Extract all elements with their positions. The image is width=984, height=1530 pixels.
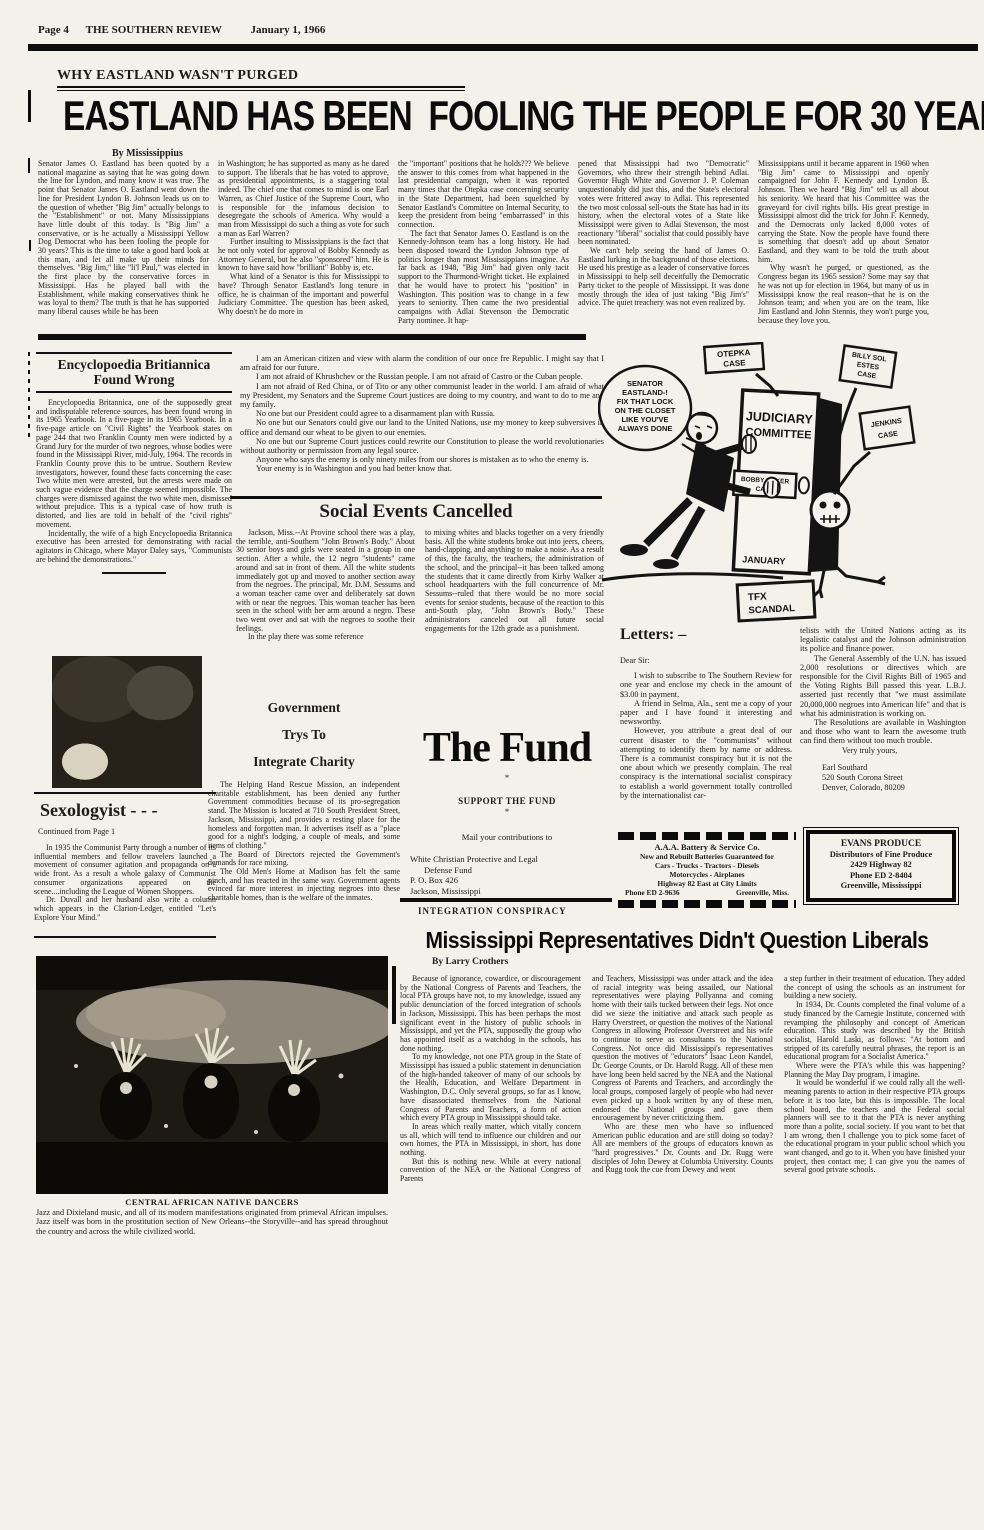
section-title: Encyclopoedia Britiannica Found Wrong (36, 352, 232, 393)
article-column: in Washington; he has supported as many … (218, 160, 389, 338)
sign-billy-sol: BILLY SOL ESTES CASE (840, 346, 896, 388)
bubble-line: SENATOR (627, 379, 664, 388)
ad-body: A.A.A. Battery & Service Co. New and Reb… (618, 840, 796, 900)
paragraph: What kind of a Senator is this for Missi… (218, 273, 389, 317)
scan-artifact (28, 90, 31, 122)
ad-city: Greenville, Miss. (736, 888, 789, 897)
org-line: Defense Fund (410, 865, 612, 876)
signature-address: Denver, Colorado, 80209 (800, 783, 966, 793)
kicker-rule (57, 86, 465, 88)
bubble-line: ALWAYS DONE (618, 424, 673, 433)
paragraph: and Teachers, Mississippi was under atta… (592, 975, 773, 1123)
ad-line: New and Rebuilt Batteries Guaranteed for (620, 852, 794, 861)
man-shoe (620, 544, 648, 556)
sign-tfx: TFX SCANDAL (737, 581, 815, 621)
letter-column: telists with the United Nations acting a… (800, 626, 966, 793)
org-line: P. O. Box 426 (410, 875, 612, 886)
page-number: Page 4 (38, 24, 69, 36)
ad-name: EVANS PRODUCE (812, 839, 950, 850)
title-line: Trys To (208, 727, 400, 743)
paragraph: a step further in their treatment of edu… (784, 975, 965, 1001)
cartoon-art: SENATOR EASTLAND-! FIX THAT LOCK ON THE … (599, 343, 914, 621)
sign-otepka: OTEPKA CASE (704, 343, 764, 373)
salutation: Dear Sir: (620, 656, 792, 665)
britannica-section: Encyclopoedia Britiannica Found Wrong En… (36, 352, 232, 574)
section-body: Encyclopoedia Britannica, one of the sup… (36, 399, 232, 564)
bubble-line: ON THE CLOSET (615, 406, 676, 415)
paragraph: to mixing whites and blacks together on … (425, 529, 604, 633)
paragraph: In the play there was some reference (236, 633, 415, 642)
editorial-cartoon: SENATOR EASTLAND-! FIX THAT LOCK ON THE … (598, 342, 966, 634)
title-line: Found Wrong (36, 372, 232, 387)
photo-native-dancers (36, 956, 388, 1194)
article-column: to mixing whites and blacks together on … (425, 529, 604, 642)
photo-caption-title: CENTRAL AFRICAN NATIVE DANCERS (36, 1197, 388, 1207)
masthead-rule (28, 44, 978, 51)
paragraph: In areas which really matter, which vita… (400, 1123, 581, 1158)
pta-headline: Mississippi Representatives Didn't Quest… (388, 928, 966, 955)
title-line: Integrate Charity (208, 754, 400, 770)
end-rule (102, 572, 166, 574)
ad-name: A.A.A. Battery & Service Co. (620, 843, 794, 852)
paragraph: Jackson, Miss.--At Provine school there … (236, 529, 415, 633)
bubble-line: EASTLAND-! (622, 388, 668, 397)
integration-conspiracy-label: INTEGRATION CONSPIRACY (418, 906, 567, 916)
scan-artifact (28, 352, 30, 442)
paragraph: To my knowledge, not one PTA group in th… (400, 1053, 581, 1123)
masthead: Page 4 THE SOUTHERN REVIEW January 1, 19… (38, 24, 325, 36)
pta-byline: By Larry Crothers (432, 957, 508, 967)
title-line: Government (208, 700, 400, 716)
man-hand (742, 435, 756, 453)
ad-line: Motorcycles - Airplanes (620, 870, 794, 879)
ad-border (618, 832, 796, 840)
speck (339, 1074, 344, 1079)
ad-line: Phone ED 2-8404 (812, 871, 950, 882)
paragraph: No one but our Senators could give our l… (240, 418, 604, 436)
man-shoe (653, 559, 679, 569)
ad-line: Greenville, Mississippi (812, 881, 950, 892)
paragraph: Further insulting to Mississippians is t… (218, 238, 389, 273)
skeleton-eye (820, 502, 827, 509)
sign-line: TFX (748, 591, 768, 603)
paragraph: No one but our Supreme Court justices co… (240, 437, 604, 455)
bubble-line: LIKE YOU'VE (621, 415, 668, 424)
paragraph: Senator James O. Eastland has been quote… (38, 160, 209, 317)
speck (164, 1124, 168, 1128)
article-column: pened that Mississippi had two "Democrat… (578, 160, 749, 338)
fund-mail-line: Mail your contributions to (402, 832, 612, 842)
scan-artifact (28, 158, 30, 173)
scan-artifact-rule (38, 334, 586, 340)
article-column: Jackson, Miss.--At Provine school there … (236, 529, 415, 642)
paragraph: Mississippians until it became apparent … (758, 160, 929, 264)
paragraph: It would be wonderful if we could rally … (784, 1079, 965, 1175)
paragraph: Where were the PTA's while this was happ… (784, 1062, 965, 1079)
paragraph: The fact that Senator James O. Eastland … (398, 230, 569, 326)
paragraph: I am an American citizen and view with a… (240, 354, 604, 372)
bubble-line: FIX THAT LOCK (617, 397, 674, 406)
paragraph: pened that Mississippi had two "Democrat… (578, 160, 749, 247)
fund-address: White Christian Protective and Legal Def… (402, 854, 612, 896)
sign-bobby-baker: BOBBY BAKER CASE (733, 471, 796, 499)
ad-phone: Phone ED 2-9636 (625, 888, 680, 897)
scan-artifact (29, 240, 31, 251)
paragraph: Incidentally, the wife of a high Encyclo… (36, 530, 232, 565)
pta-columns: Because of ignorance, cowardice, or disc… (400, 975, 966, 1184)
speck (254, 1130, 258, 1134)
ground-line (602, 574, 783, 580)
paragraph: Anyone who says the enemy is only ninety… (240, 455, 604, 464)
article-column: a step further in their treatment of edu… (784, 975, 965, 1184)
photo-caption: Jazz and Dixieland music, and all of its… (36, 1208, 388, 1236)
paragraph: However, you attribute a great deal of o… (620, 726, 792, 800)
ad-line: Cars - Trucks - Tractors - Diesels (620, 861, 794, 870)
ad-line: Phone ED 2-9636 Greenville, Miss. (620, 888, 794, 897)
article-column: Mississippians until it became apparent … (758, 160, 929, 338)
letter-closing: Very truly yours, (800, 746, 966, 755)
photo-foreground (36, 1142, 388, 1194)
fund-support-line: SUPPORT THE FUND (402, 796, 612, 806)
org-line: White Christian Protective and Legal (410, 854, 612, 865)
main-byline: By Mississippius (112, 148, 183, 159)
signature-name: Earl Southard (800, 763, 966, 773)
speck (74, 1064, 78, 1068)
section-rule (230, 496, 602, 499)
scan-artifact (392, 966, 396, 1024)
ornament: * (402, 772, 612, 784)
paragraph: I am not afraid of Khrushchev or the Rus… (240, 372, 604, 381)
end-rule (34, 936, 216, 938)
article-column: and Teachers, Mississippi was under atta… (592, 975, 773, 1184)
paragraph: in Washington; he has supported as many … (218, 160, 389, 238)
paragraph: Why wasn't he purged, or questioned, as … (758, 264, 929, 325)
letters-heading: Letters: – (620, 626, 686, 644)
closet-door: JUDICIARY COMMITTEE JANUARY BOBBY BAKER … (729, 390, 818, 574)
skeleton-eye (834, 502, 841, 509)
issue-date: January 1, 1966 (250, 24, 325, 36)
section-rule: Sexologyist - - - Continued from Page 1 (34, 792, 216, 836)
citizen-letter: I am an American citizen and view with a… (240, 354, 604, 474)
face-highlight (288, 1084, 300, 1096)
paragraph: The Helping Hand Rescue Mission, an inde… (208, 781, 400, 851)
paragraph: In 1935 the Communist Party through a nu… (34, 844, 216, 896)
skeleton-head (811, 491, 849, 529)
ad-border (618, 900, 796, 908)
section-body: In 1935 the Communist Party through a nu… (34, 844, 216, 922)
ornament: * (402, 806, 612, 818)
paragraph: The Board of Directors rejected the Gove… (208, 851, 400, 868)
newspaper-page: Page 4 THE SOUTHERN REVIEW January 1, 19… (0, 0, 984, 1530)
photo-building (52, 656, 202, 788)
paragraph: The General Assembly of the U.N. has iss… (800, 654, 966, 718)
sexologist-section: Sexologyist - - - Continued from Page 1 … (34, 792, 216, 938)
speech-bubble-text: SENATOR EASTLAND-! FIX THAT LOCK ON THE … (615, 379, 676, 433)
face-highlight (120, 1082, 132, 1094)
section-body: The Helping Hand Rescue Mission, an inde… (208, 781, 400, 903)
section-title: Government Trys To Integrate Charity (208, 700, 400, 770)
paragraph: The Resolutions are available in Washing… (800, 718, 966, 746)
face-highlight (205, 1076, 218, 1089)
photo-sky-light (86, 988, 226, 1040)
fund-title: The Fund (402, 724, 612, 772)
kicker: WHY EASTLAND WASN'T PURGED (57, 68, 298, 84)
sign-board (860, 407, 915, 450)
section-title: Sexologyist - - - (40, 800, 216, 821)
paragraph: telists with the United Nations acting a… (800, 626, 966, 654)
kicker-rule-2 (57, 90, 465, 91)
social-events-title: Social Events Cancelled (230, 501, 602, 523)
paragraph: Your enemy is in Washington and you had … (240, 464, 604, 473)
letter-signature: Earl Southard 520 South Corona Street De… (800, 763, 966, 793)
paragraph: I am not afraid of Red China, or of Tito… (240, 382, 604, 410)
figure (183, 1063, 239, 1139)
ad-line: Highway 82 East at City Limits (620, 879, 794, 888)
government-charity-section: Government Trys To Integrate Charity The… (208, 700, 400, 903)
paper-title: THE SOUTHERN REVIEW (86, 24, 222, 36)
paragraph: A friend in Selma, Ala., sent me a copy … (620, 699, 792, 727)
paragraph: Because of ignorance, cowardice, or disc… (400, 975, 581, 1053)
article-column: Senator James O. Eastland has been quote… (38, 160, 209, 338)
ad-line: Distributors of Fine Produce (812, 850, 950, 861)
article-column: the "important" positions that he holds?… (398, 160, 569, 338)
article-column: Because of ignorance, cowardice, or disc… (400, 975, 581, 1184)
paragraph: Encyclopoedia Britannica, one of the sup… (36, 399, 232, 530)
evans-produce-ad: EVANS PRODUCE Distributors of Fine Produ… (806, 830, 956, 902)
ad-line: 2429 Highway 82 (812, 860, 950, 871)
section-rule (400, 898, 612, 902)
org-line: Jackson, Mississippi (410, 886, 612, 897)
paragraph: Dr. Duvall and her husband also write a … (34, 896, 216, 922)
lead-article-columns: Senator James O. Eastland has been quote… (38, 160, 946, 338)
signature-address: 520 South Corona Street (800, 773, 966, 783)
paragraph: I wish to subscribe to The Southern Revi… (620, 671, 792, 699)
paragraph: But this is nothing new. While at every … (400, 1158, 581, 1184)
paragraph: We can't help seeing the hand of James O… (578, 247, 749, 308)
aaa-battery-ad: A.A.A. Battery & Service Co. New and Reb… (618, 832, 796, 908)
paragraph: No one but our President could agree to … (240, 409, 604, 418)
sign-line: CASE (723, 358, 746, 369)
paragraph: the "important" positions that he holds?… (398, 160, 569, 230)
title-line: Encyclopoedia Britiannica (36, 357, 232, 372)
paragraph: In 1934, Dr. Counts completed the final … (784, 1001, 965, 1062)
paragraph: Who are these men who have so influenced… (592, 1123, 773, 1175)
man-mouth (696, 432, 702, 440)
letter-column: Dear Sir: I wish to subscribe to The Sou… (620, 656, 792, 800)
social-events-columns: Jackson, Miss.--At Provine school there … (236, 529, 604, 642)
sign-jenkins: JENKINS CASE (860, 407, 915, 450)
continued-note: Continued from Page 1 (38, 827, 216, 836)
main-headline: EASTLAND HAS BEEN FOOLING THE PEOPLE FOR… (63, 92, 900, 140)
paragraph: The Old Men's Home at Madison has felt t… (208, 868, 400, 903)
fund-ad: The Fund * SUPPORT THE FUND * Mail your … (402, 724, 612, 896)
